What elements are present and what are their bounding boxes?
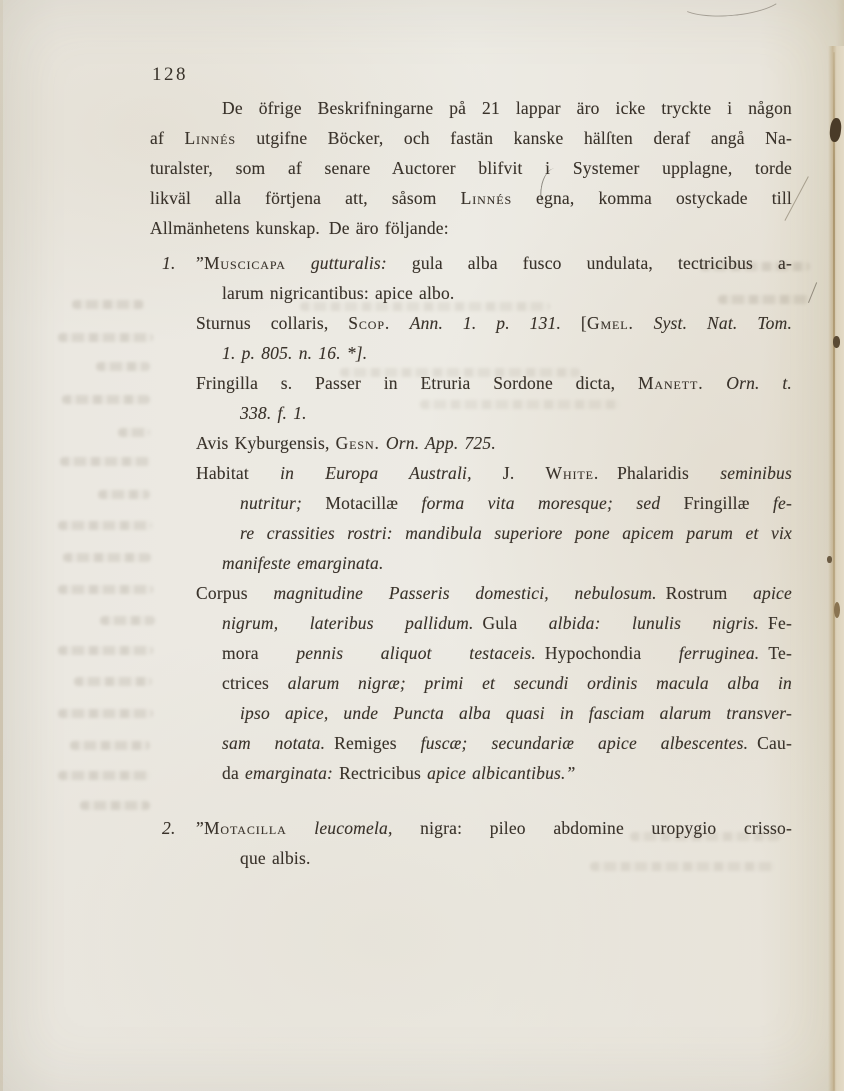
text-line: Avis Kyburgensis, Gesn. Orn. App. 725. <box>196 428 792 458</box>
book-edge-strip <box>828 46 844 1091</box>
text-segment: mora <box>222 643 296 663</box>
text-segment: alarum nigræ; primi et secundi ordinis m… <box>288 673 792 693</box>
text-line: re crassities rostri: mandibula superior… <box>240 518 792 548</box>
text-segment: 1. p. 805. n. 16. *]. <box>222 343 367 363</box>
text-segment: Sturnus collaris, <box>196 313 348 333</box>
text-segment: Hypochondia <box>536 643 679 663</box>
text-segment: nigra: pileo abdomine uropygio crisso- <box>393 818 792 838</box>
text-segment: albida: lunulis nigris. <box>549 613 759 633</box>
text-segment: J. <box>472 463 546 483</box>
text-line: Fringilla s. Passer in Etruria Sordone d… <box>196 368 792 398</box>
edge-ink-blot <box>834 602 840 618</box>
text-line: Sturnus collaris, Scop. Ann. 1. p. 131. … <box>196 308 792 338</box>
entry-number: 2. <box>162 813 176 843</box>
text-segment: manifeste emarginata. <box>222 553 384 573</box>
text-line: 1. p. 805. n. 16. *]. <box>222 338 792 368</box>
text-segment: ferruginea. <box>679 643 759 663</box>
text-segment: fe- <box>773 493 792 513</box>
text-segment: nigrum, lateribus pallidum. <box>222 613 474 633</box>
text-segment: ” <box>196 253 204 273</box>
text-line: 1.”Muscicapa gutturalis: gula alba fusco… <box>196 248 792 278</box>
text-line: turalster, som af senare Auctorer blifvi… <box>150 153 792 183</box>
bleed-through-smudge <box>58 585 153 594</box>
text-segment: magnitudine Passeris domestici, nebulosu… <box>273 583 656 603</box>
text-line: Allmänhetens kunskap. De äro följande: <box>150 213 792 243</box>
bleed-through-smudge <box>100 616 155 625</box>
text-segment: Scop. <box>348 313 390 333</box>
text-segment: Gesn. <box>336 433 380 453</box>
bleed-through-smudge <box>58 709 153 718</box>
page-number: 128 <box>152 64 188 86</box>
edge-ink-blot <box>833 336 840 348</box>
bleed-through-smudge <box>98 490 150 499</box>
text-segment: turalster, som af senare Auctorer blifvi… <box>150 158 792 178</box>
text-segment: ” <box>196 818 204 838</box>
text-segment: Syst. Nat. Tom. <box>634 313 792 333</box>
text-segment: [ <box>561 313 587 333</box>
text-segment: 338. f. 1. <box>240 403 307 423</box>
entry-number: 1. <box>162 248 176 278</box>
text-segment: Fringillæ <box>660 493 773 513</box>
text-line: nutritur; Motacillæ forma vita moresque;… <box>240 488 792 518</box>
text-line: Corpus magnitudine Passeris domestici, n… <box>196 578 792 608</box>
bleed-through-smudge <box>58 521 152 530</box>
text-segment: Motacilla <box>204 818 287 838</box>
text-segment: que albis. <box>240 848 311 868</box>
text-line: que albis. <box>240 843 792 873</box>
text-segment: Motacillæ <box>302 493 421 513</box>
text-line: likväl alla förtjena att, såsom Linnés e… <box>150 183 792 213</box>
text-segment: Te- <box>759 643 792 663</box>
bleed-through-smudge <box>60 457 150 466</box>
text-line: af Linnés utgifne Böcker, och fastän kan… <box>150 123 792 153</box>
text-segment: nutritur; <box>240 493 302 513</box>
text-segment: egna, komma ostyckade till <box>512 188 792 208</box>
book-page: 128 De öfrige Beskrifningarne på 21 lapp… <box>0 0 844 1091</box>
bleed-through-smudge <box>96 362 150 371</box>
bleed-through-smudge <box>70 741 150 750</box>
text-segment: Ann. 1. p. 131. <box>390 313 561 333</box>
text-segment: Muscicapa <box>204 253 286 273</box>
page-curl-mark <box>677 0 786 21</box>
text-segment: ipso apice, unde Puncta alba quasi in fa… <box>240 703 792 723</box>
text-segment: Gmel. <box>587 313 634 333</box>
text-segment: Gula <box>474 613 549 633</box>
text-segment: Rectricibus <box>333 763 427 783</box>
text-segment: Orn. App. 725. <box>380 433 496 453</box>
text-line: 338. f. 1. <box>240 398 792 428</box>
text-segment: af <box>150 128 184 148</box>
text-segment: Fe- <box>759 613 792 633</box>
text-line: manifeste emarginata. <box>222 548 792 578</box>
bleed-through-smudge <box>118 428 150 437</box>
text-segment: ctrices <box>222 673 288 693</box>
bleed-through-smudge <box>72 300 144 309</box>
bleed-through-smudge <box>58 646 153 655</box>
text-segment: seminibus <box>720 463 792 483</box>
text-segment: fuscæ; secundariæ apice albescentes. <box>421 733 749 753</box>
text-line: larum nigricantibus: apice albo. <box>222 278 792 308</box>
text-segment: utgifne Böcker, och fastän kanske hälſte… <box>236 128 792 148</box>
bleed-through-smudge <box>74 677 152 686</box>
text-segment: leucomela, <box>287 818 393 838</box>
text-segment: White. <box>546 463 600 483</box>
text-segment: Corpus <box>196 583 273 603</box>
text-segment: sam notata. <box>222 733 325 753</box>
text-segment: apice <box>753 583 792 603</box>
text-segment: Rostrum <box>657 583 753 603</box>
text-segment: apice albicantibus.” <box>427 763 575 783</box>
page-edge-line <box>833 52 835 1091</box>
text-segment: forma vita moresque; sed <box>422 493 661 513</box>
bleed-through-smudge <box>58 333 153 342</box>
text-segment: Phalaridis <box>599 463 720 483</box>
text-segment: emarginata: <box>245 763 333 783</box>
text-segment: da <box>222 763 245 783</box>
text-segment: re crassities rostri: mandibula superior… <box>240 523 792 543</box>
text-line: nigrum, lateribus pallidum. Gula albida:… <box>222 608 792 638</box>
text-segment: likväl alla förtjena att, såsom <box>150 188 461 208</box>
text-line: mora pennis aliquot testaceis. Hypochond… <box>222 638 792 668</box>
text-segment: gutturalis: <box>286 253 387 273</box>
text-segment: in Europa Australi, <box>280 463 472 483</box>
text-segment: Manett. <box>638 373 704 393</box>
edge-ink-blot <box>827 556 832 563</box>
text-line: De öfrige Beskrifningarne på 21 lappar ä… <box>222 93 792 123</box>
bleed-through-smudge <box>63 553 151 562</box>
text-segment: larum nigricantibus: apice albo. <box>222 283 455 303</box>
text-line: ipso apice, unde Puncta alba quasi in fa… <box>240 698 792 728</box>
text-segment: Linnés <box>184 128 235 148</box>
text-segment: Linnés <box>461 188 512 208</box>
text-line: Habitat in Europa Australi, J. White. Ph… <box>196 458 792 488</box>
text-block: De öfrige Beskrifningarne på 21 lappar ä… <box>150 93 792 873</box>
text-segment: pennis aliquot testaceis. <box>296 643 536 663</box>
page-left-edge <box>0 0 3 1091</box>
text-segment: gula alba fusco undulata, tectricibus a- <box>387 253 792 273</box>
text-line: sam notata. Remiges fuscæ; secundariæ ap… <box>222 728 792 758</box>
text-line: ctrices alarum nigræ; primi et secundi o… <box>222 668 792 698</box>
text-segment: Habitat <box>196 463 280 483</box>
bleed-through-smudge <box>62 395 150 404</box>
text-segment: Remiges <box>325 733 420 753</box>
text-segment: Orn. t. <box>704 373 792 393</box>
bleed-through-smudge <box>58 771 150 780</box>
text-line: da emarginata: Rectricibus apice albican… <box>222 758 792 788</box>
text-segment: Allmänhetens kunskap. De äro följande: <box>150 218 449 238</box>
text-segment: Cau- <box>748 733 792 753</box>
text-segment: De öfrige Beskrifningarne på 21 lappar ä… <box>222 98 792 118</box>
text-segment: Avis Kyburgensis, <box>196 433 336 453</box>
text-line: 2.”Motacilla leucomela, nigra: pileo abd… <box>196 813 792 843</box>
text-segment: Fringilla s. Passer in Etruria Sordone d… <box>196 373 638 393</box>
bleed-through-smudge <box>80 801 150 810</box>
